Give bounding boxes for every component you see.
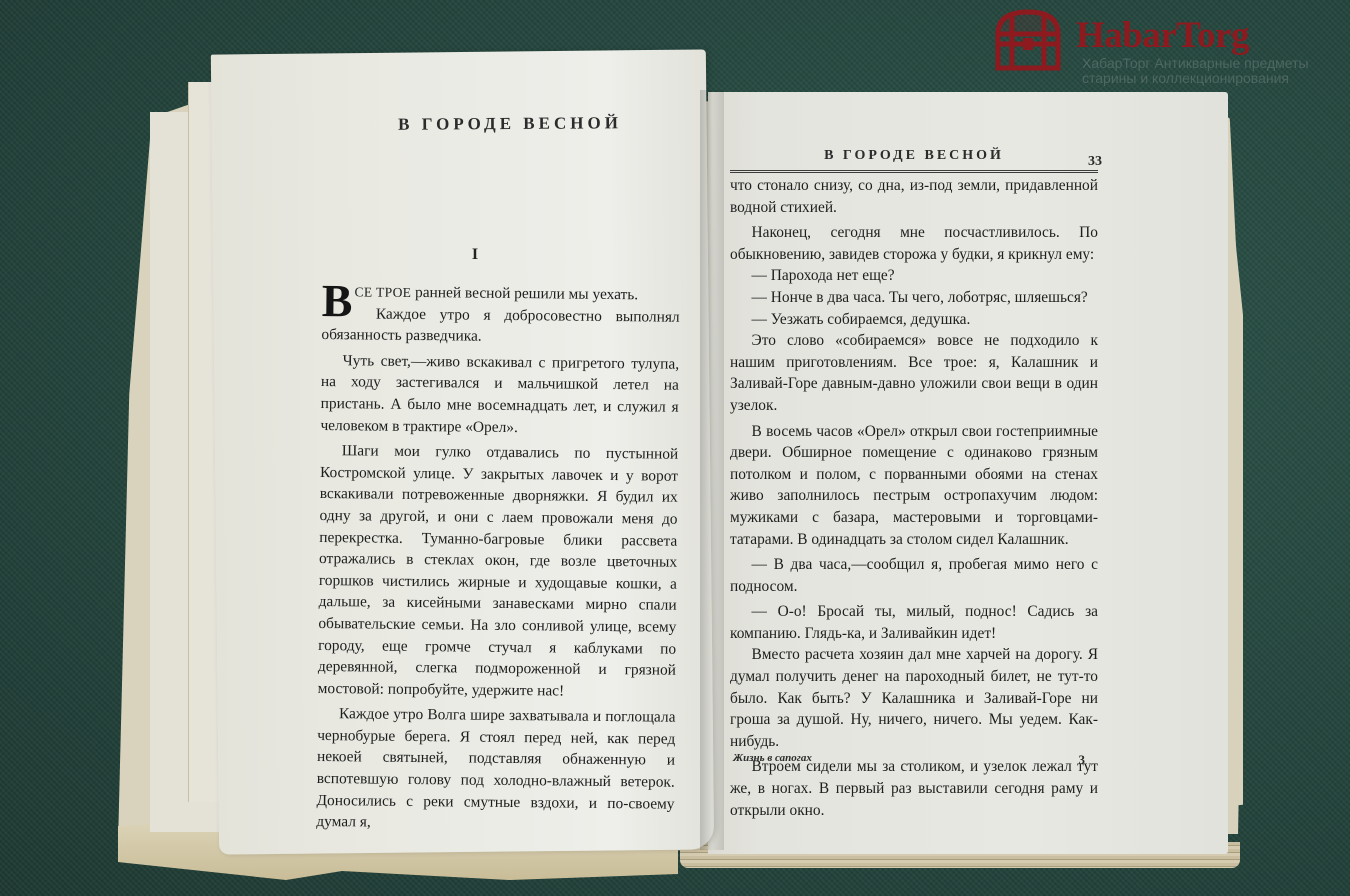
dialogue-line: — Уезжать собираемся, дедушка. — [730, 309, 1098, 331]
running-head: В ГОРОДЕ ВЕСНОЙ 33 — [730, 148, 1098, 173]
paragraph: В восемь часов «Орел» открыл свои гостеп… — [730, 421, 1098, 551]
dialogue-line: — Нонче в два часа. Ты чего, лоботряс, ш… — [730, 287, 1098, 309]
paragraph: Вместо расчета хозяин дал мне харчей на … — [730, 644, 1098, 752]
book-spine-gutter — [700, 90, 724, 850]
footer-book-title: Жизнь в сапогах — [733, 752, 812, 764]
watermark-brand: HabarTorg — [1076, 14, 1249, 57]
left-page-body: ВСЕ ТРОЕ ранней весной решили мы уехать.… — [316, 281, 680, 837]
watermark-tagline: ХабарТорг Антикварные предметы старины и… — [1082, 56, 1342, 86]
paragraph: Наконец, сегодня мне посчастливилось. По… — [730, 222, 1098, 265]
treasure-chest-icon — [992, 8, 1064, 72]
paragraph: Шаги мои гулко отдавались по пустынной К… — [318, 440, 679, 703]
paragraph: Каждое утро я добросовестно выполнял обя… — [321, 303, 679, 350]
page-number: 33 — [1088, 154, 1102, 170]
opening-line: ВСЕ ТРОЕ ранней весной решили мы уехать. — [322, 281, 680, 306]
paragraph: Втроем сидели мы за столиком, и узелок л… — [730, 756, 1098, 821]
opening-rest: ранней весной решили мы уехать. — [411, 284, 638, 303]
paragraph: Это слово «собираемся» вовсе не подходил… — [730, 330, 1098, 416]
right-page-body: что стонало снизу, со дна, из-под земли,… — [730, 175, 1098, 821]
chapter-number: I — [455, 246, 495, 264]
watermark: HabarTorg ХабарТорг Антикварные предметы… — [990, 6, 1350, 86]
drop-cap: В — [322, 283, 353, 319]
dialogue-line: — О-о! Бросай ты, милый, поднос! Садись … — [730, 601, 1098, 644]
page-footer: Жизнь в сапогах 3 — [733, 752, 1085, 764]
opening-caps: СЕ ТРОЕ — [354, 284, 411, 300]
signature-mark: 3 — [1079, 752, 1086, 768]
dialogue-line: — В два часа,—сообщил я, пробегая мимо н… — [730, 554, 1098, 597]
paragraph-continuation: что стонало снизу, со дна, из-под земли,… — [730, 175, 1098, 218]
dialogue-line: — Парохода нет еще? — [730, 265, 1098, 287]
paragraph: Чуть свет,—живо вскакивал с пригретого т… — [320, 350, 679, 440]
running-head-title: В ГОРОДЕ ВЕСНОЙ — [730, 148, 1098, 164]
chapter-title: В ГОРОДЕ ВЕСНОЙ — [300, 113, 720, 136]
paragraph: Каждое утро Волга шире захватывала и пог… — [316, 703, 675, 836]
